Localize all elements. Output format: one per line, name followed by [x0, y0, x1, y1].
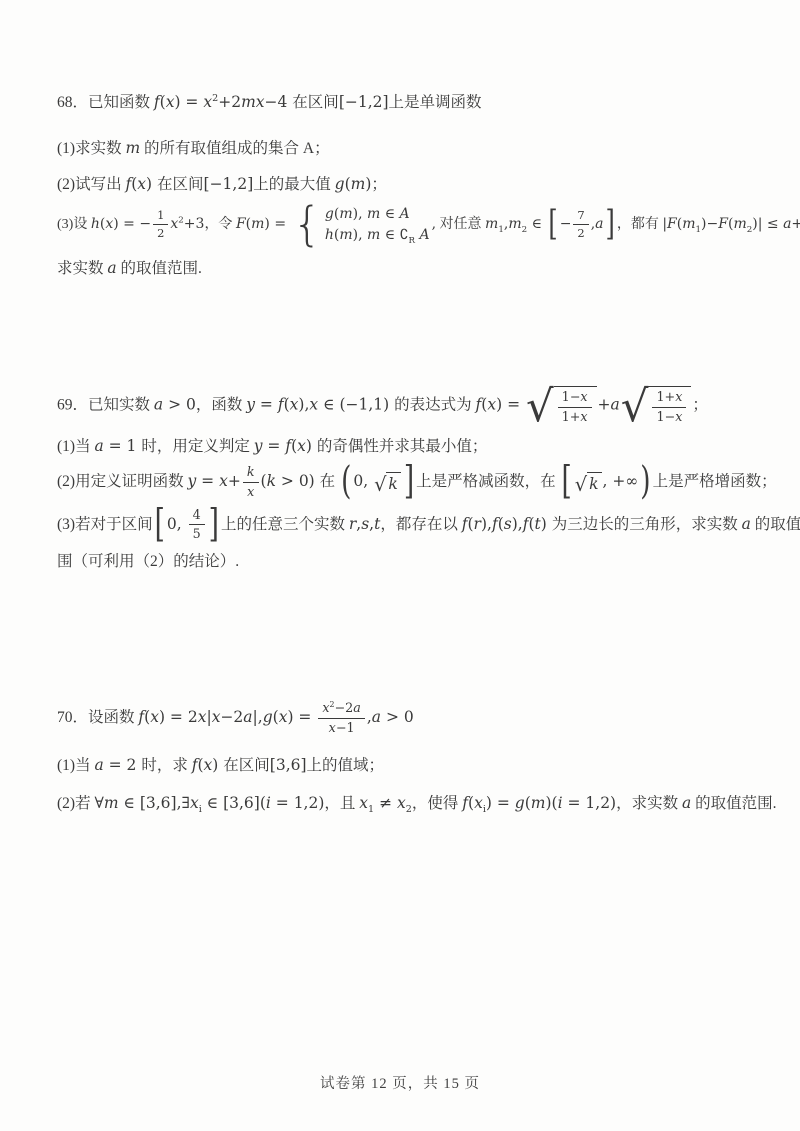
- math-symbols: )(: [545, 794, 557, 812]
- open-bracket: [: [154, 506, 166, 544]
- denominator: 1−x: [652, 408, 686, 426]
- math-variable: y: [187, 472, 196, 490]
- math-symbols: 1: [157, 208, 164, 222]
- math-symbols: −2: [220, 708, 243, 726]
- math-symbols: ): [146, 175, 157, 193]
- text-run: 的取值范围.: [117, 260, 202, 277]
- math-variable: k: [267, 472, 276, 490]
- math-variable: r: [474, 514, 481, 532]
- math-variable: m: [125, 139, 140, 157]
- math-symbols: −: [560, 216, 572, 232]
- text-run: ；: [692, 396, 708, 413]
- radicand: 1+x1−x: [648, 386, 691, 426]
- close-bracket: ]: [403, 463, 415, 501]
- math-symbols: ) =: [174, 93, 203, 111]
- close-bracket: ]: [605, 208, 616, 243]
- math-symbols: +3: [791, 216, 800, 232]
- math-symbols: ),: [353, 227, 367, 243]
- math-symbols: 0,: [353, 472, 373, 490]
- problem-70-statement: 70．设函数 f(x) = 2x|x−2a|,g(x) = x2−2ax−1,a…: [57, 700, 757, 737]
- math-symbols: 1+: [562, 409, 581, 424]
- problem-69-part-2: (2)用定义证明函数 y = x+kx(k > 0) 在 (0, √k]上是严格…: [57, 464, 757, 501]
- bracket-group: [0, 45]: [154, 507, 220, 544]
- math-variable: F: [236, 216, 246, 232]
- math-variable: x: [675, 409, 682, 424]
- text-run: 在: [320, 473, 339, 490]
- math-variable: a: [94, 756, 103, 774]
- text-run: ；: [371, 176, 387, 193]
- close-bracket: ): [639, 463, 651, 501]
- math-variable: g: [325, 206, 334, 222]
- math-symbols: +: [598, 395, 611, 413]
- math-symbols: ≠: [374, 794, 397, 812]
- math-symbols: ): [212, 756, 223, 774]
- denominator: 5: [189, 525, 205, 543]
- problem-69: 69．已知实数 a > 0，函数 y = f(x),x ∈ (−1,1) 的表达…: [57, 386, 757, 571]
- bracket-group: [√k, +∞): [560, 469, 651, 495]
- math-variable: y: [254, 437, 263, 455]
- math-symbols: 1−: [562, 389, 581, 404]
- text-run: ，且: [324, 795, 359, 812]
- math-variable: m: [251, 216, 264, 232]
- problem-70: 70．设函数 f(x) = 2x|x−2a|,g(x) = x2−2ax−1,a…: [57, 700, 757, 813]
- brace-icon: {: [293, 204, 322, 246]
- math-symbols: ),: [512, 514, 523, 532]
- bracket-content: 0, √k: [352, 472, 402, 493]
- radicand: 1−x1+x: [554, 386, 597, 426]
- text-run: 时，求: [141, 757, 191, 774]
- denominator: 2: [573, 225, 588, 241]
- math-symbols: ) =: [287, 708, 316, 726]
- math-variable: m: [339, 227, 352, 243]
- text-run: (3)若对于区间: [57, 515, 153, 532]
- problem-68: 68．已知函数 f(x) = x2+2mx−4 在区间[−1,2]上是单调函数 …: [57, 90, 757, 278]
- bracket-content: −72,a: [559, 208, 605, 242]
- math-symbols: ): [306, 437, 317, 455]
- math-variable: A: [415, 227, 430, 243]
- math-variable: x: [309, 395, 318, 413]
- text-run: ，都有: [617, 217, 663, 232]
- text-run: 上是单调函数: [389, 94, 482, 111]
- math-variable: m: [682, 216, 695, 232]
- math-variable: a: [94, 437, 103, 455]
- math-symbols: −1: [336, 720, 355, 735]
- math-symbols: > 0: [381, 708, 414, 726]
- math-symbols: +2: [218, 93, 241, 111]
- text-run: 在区间: [223, 757, 270, 774]
- case-row: g(m), m ∈ A: [325, 206, 430, 223]
- text-run: 上是严格增函数；: [653, 473, 777, 490]
- math-variable: a: [353, 700, 361, 715]
- math-variable: g: [263, 708, 273, 726]
- math-variable: h: [91, 216, 100, 232]
- open-bracket: [: [560, 463, 572, 501]
- denominator: x: [243, 483, 258, 501]
- problem-69-part-3: (3)若对于区间[0, 45]上的任意三个实数 r,s,t，都存在以 f(r),…: [57, 507, 757, 544]
- math-variable: y: [246, 395, 255, 413]
- math-symbols: 2: [157, 226, 164, 240]
- text-run: 上是严格减函数，在: [416, 473, 559, 490]
- text-run: ，令: [204, 217, 236, 232]
- math-variable: x: [580, 389, 587, 404]
- numerator: 1+x: [652, 389, 686, 408]
- math-symbols: ∈ (−1,1): [318, 395, 394, 413]
- math-symbols: 1+: [656, 389, 675, 404]
- text-run: (1)当: [57, 438, 94, 455]
- math-variable: m: [531, 794, 546, 812]
- text-run: ，都存在以: [380, 515, 461, 532]
- sqrt: √k: [374, 472, 401, 493]
- math-symbols: ∈: [380, 206, 399, 222]
- case-row: h(m), m ∈ ∁R A: [325, 227, 430, 244]
- text-run: (2)若: [57, 795, 94, 812]
- math-variable: x: [247, 484, 254, 499]
- math-variable: m: [733, 216, 746, 232]
- math-variable: m: [367, 206, 380, 222]
- problem-70-part-2: (2)若 ∀m ∈ [3,6],∃xi ∈ [3,6](i = 1,2)，且 x…: [57, 791, 757, 813]
- math-symbols: ),: [298, 395, 309, 413]
- fraction: 1−x1+x: [558, 389, 592, 426]
- numerator: x2−2a: [318, 700, 365, 719]
- sqrt: √1+x1−x: [621, 386, 692, 426]
- math-variable: m: [104, 794, 119, 812]
- text-run: 的取值范: [751, 515, 800, 532]
- numerator: 4: [189, 507, 205, 526]
- math-variable: a: [595, 216, 603, 232]
- math-symbols: ) = −: [113, 216, 151, 232]
- bracket-group: [−72,a]: [547, 208, 615, 242]
- math-variable: g: [335, 175, 345, 193]
- close-bracket: ]: [208, 506, 220, 544]
- math-variable: x: [322, 700, 329, 715]
- bracket-content: √k, +∞: [573, 472, 640, 493]
- math-variable: m: [367, 227, 380, 243]
- math-symbols: ) =: [486, 794, 515, 812]
- text-run: ，求实数: [616, 795, 682, 812]
- problem-68-part-1: (1)求实数 m 的所有取值组成的集合 A；: [57, 136, 757, 158]
- text-run: 上的值域；: [307, 757, 385, 774]
- math-variable: a: [107, 259, 116, 277]
- math-symbols: )−: [701, 216, 718, 232]
- math-variable: x: [580, 409, 587, 424]
- denominator: 2: [153, 225, 168, 241]
- numerator: 7: [573, 208, 588, 225]
- text-run: 的取值范围.: [691, 795, 776, 812]
- text-run: 在区间: [157, 176, 204, 193]
- text-run: 时，用定义判定: [141, 438, 253, 455]
- math-symbols: [−1,2]: [339, 93, 389, 111]
- math-variable: x: [487, 395, 496, 413]
- math-variable: x: [190, 794, 199, 812]
- text-run: 70．设函数: [57, 709, 138, 726]
- case-rows: g(m), m ∈ Ah(m), m ∈ ∁R A: [325, 206, 430, 244]
- math-symbols: ∀: [94, 794, 103, 812]
- math-variable: x: [474, 794, 483, 812]
- denominator: 1+x: [558, 408, 592, 426]
- math-variable: x: [329, 720, 336, 735]
- piecewise-cases: {g(m), m ∈ Ah(m), m ∈ ∁R A: [293, 204, 430, 246]
- text-run: ，函数: [196, 396, 246, 413]
- sqrt: √k: [575, 472, 602, 493]
- fraction: kx: [243, 464, 259, 501]
- math-variable: s: [361, 514, 369, 532]
- radicand: k: [587, 472, 601, 493]
- math-variable: x: [203, 93, 212, 111]
- text-run: 69．已知实数: [57, 396, 154, 413]
- radical-sign-icon: √: [621, 386, 649, 426]
- math-variable: A: [400, 206, 410, 222]
- text-run: (2)用定义证明函数: [57, 473, 187, 490]
- math-variable: s: [504, 514, 512, 532]
- math-variable: x: [675, 389, 682, 404]
- denominator: x−1: [325, 719, 359, 737]
- text-run: 的所有取值组成的集合 A；: [140, 140, 329, 157]
- text-run: (1)当: [57, 757, 94, 774]
- math-symbols: = 2: [104, 756, 142, 774]
- math-variable: a: [154, 395, 163, 413]
- fraction: x2−2ax−1: [318, 700, 365, 737]
- math-variable: x: [150, 708, 159, 726]
- math-variable: h: [325, 227, 334, 243]
- bracket-content: 0, 45: [166, 507, 208, 544]
- text-run: (2)试写出: [57, 176, 125, 193]
- text-run: 在区间: [292, 94, 339, 111]
- math-variable: a: [611, 395, 620, 413]
- text-run: 对任意: [436, 217, 485, 232]
- problem-68-part-3-cont: 求实数 a 的取值范围.: [57, 256, 757, 278]
- problem-69-part-3-cont: 围（可利用（2）的结论）.: [57, 549, 757, 571]
- math-variable: m: [339, 206, 352, 222]
- text-run: 68．已知函数: [57, 94, 154, 111]
- math-symbols: ),: [353, 206, 367, 222]
- math-variable: a: [742, 514, 751, 532]
- radical-sign-icon: √: [575, 472, 587, 493]
- math-symbols: ),: [481, 514, 492, 532]
- math-symbols: )| ≤: [752, 216, 783, 232]
- problem-68-statement: 68．已知函数 f(x) = x2+2mx−4 在区间[−1,2]上是单调函数: [57, 90, 757, 112]
- math-symbols: = 1,2): [271, 794, 325, 812]
- text-run: 求实数: [57, 260, 107, 277]
- problem-69-part-1: (1)当 a = 1 时，用定义判定 y = f(x) 的奇偶性并求其最小值；: [57, 434, 757, 456]
- text-run: 上的最大值: [253, 176, 334, 193]
- page-footer: 试卷第 12 页，共 15 页: [0, 1072, 800, 1093]
- radical-sign-icon: √: [526, 386, 554, 426]
- math-symbols: ∈: [527, 216, 546, 232]
- math-symbols: +3: [184, 216, 205, 232]
- math-symbols: > 0): [276, 472, 320, 490]
- math-symbols: |,: [253, 708, 263, 726]
- math-symbols: 7: [577, 208, 584, 222]
- math-symbols: ) =: [496, 395, 525, 413]
- numerator: 1−x: [558, 389, 592, 408]
- math-symbols: = 1: [104, 437, 142, 455]
- numerator: k: [243, 464, 259, 483]
- problem-68-part-3: (3)设 h(x) = −12x2+3，令 F(m) = {g(m), m ∈ …: [57, 204, 757, 246]
- math-variable: a: [243, 708, 252, 726]
- math-variable: F: [718, 216, 728, 232]
- sqrt: √1−x1+x: [526, 386, 597, 426]
- math-symbols: [3,6]: [270, 756, 307, 774]
- math-symbols: +: [228, 472, 241, 490]
- math-symbols: ∈ [3,6],∃: [119, 794, 190, 812]
- math-symbols: ): [541, 514, 552, 532]
- radicand: k: [386, 472, 400, 493]
- math-symbols: 2: [577, 226, 584, 240]
- math-variable: x: [297, 437, 306, 455]
- math-variable: a: [682, 794, 691, 812]
- text-run: 的奇偶性并求其最小值；: [317, 438, 488, 455]
- math-variable: mx: [241, 93, 264, 111]
- math-variable: a: [372, 708, 381, 726]
- text-run: 的表达式为: [394, 396, 475, 413]
- fraction: 12: [153, 208, 168, 242]
- math-variable: k: [247, 464, 255, 479]
- math-symbols: =: [263, 437, 286, 455]
- math-symbols: ∈ [3,6](: [202, 794, 266, 812]
- math-symbols: ) =: [264, 216, 290, 232]
- problem-69-statement: 69．已知实数 a > 0，函数 y = f(x),x ∈ (−1,1) 的表达…: [57, 386, 757, 426]
- math-variable: x: [204, 756, 213, 774]
- fraction: 45: [189, 507, 205, 544]
- math-variable: x: [397, 794, 406, 812]
- text-run: 为三边长的三角形，求实数: [552, 515, 742, 532]
- text-run: 围（可利用（2）的结论）.: [57, 553, 239, 570]
- math-symbols: ∈ ∁: [380, 227, 408, 243]
- math-variable: k: [388, 475, 397, 493]
- math-symbols: 5: [193, 526, 201, 541]
- problem-70-part-1: (1)当 a = 2 时，求 f(x) 在区间[3,6]上的值域；: [57, 753, 757, 775]
- math-symbols: [−1,2]: [204, 175, 254, 193]
- math-symbols: 0,: [167, 514, 187, 532]
- math-variable: x: [359, 794, 368, 812]
- math-symbols: =: [196, 472, 219, 490]
- open-bracket: (: [340, 463, 352, 501]
- text-run: (1)求实数: [57, 140, 125, 157]
- math-variable: k: [589, 475, 598, 493]
- fraction: 72: [573, 208, 588, 242]
- math-symbols: 1−: [656, 409, 675, 424]
- text-run: ，使得: [412, 795, 462, 812]
- numerator: 1: [153, 208, 168, 225]
- math-variable: m: [508, 216, 521, 232]
- math-variable: m: [351, 175, 366, 193]
- radical-sign-icon: √: [374, 472, 386, 493]
- problem-68-part-2: (2)试写出 f(x) 在区间[−1,2]上的最大值 g(m)；: [57, 172, 757, 194]
- math-symbols: = 1,2): [563, 794, 617, 812]
- text-run: 上的任意三个实数: [221, 515, 349, 532]
- text-run: (3)设: [57, 217, 91, 232]
- math-symbols: > 0: [163, 395, 196, 413]
- math-variable: g: [515, 794, 525, 812]
- math-symbols: , +∞: [603, 472, 639, 490]
- exam-page: 68．已知函数 f(x) = x2+2mx−4 在区间[−1,2]上是单调函数 …: [0, 0, 800, 1131]
- math-symbols: ) = 2: [159, 708, 198, 726]
- open-bracket: [: [547, 208, 558, 243]
- math-symbols: −4: [265, 93, 293, 111]
- math-symbols: =: [255, 395, 278, 413]
- bracket-group: (0, √k]: [340, 469, 415, 495]
- math-variable: m: [485, 216, 498, 232]
- math-variable: F: [667, 216, 677, 232]
- fraction: 1+x1−x: [652, 389, 686, 426]
- math-variable: x: [137, 175, 146, 193]
- math-symbols: 4: [193, 507, 201, 522]
- math-variable: x: [219, 472, 228, 490]
- math-symbols: −2: [335, 700, 354, 715]
